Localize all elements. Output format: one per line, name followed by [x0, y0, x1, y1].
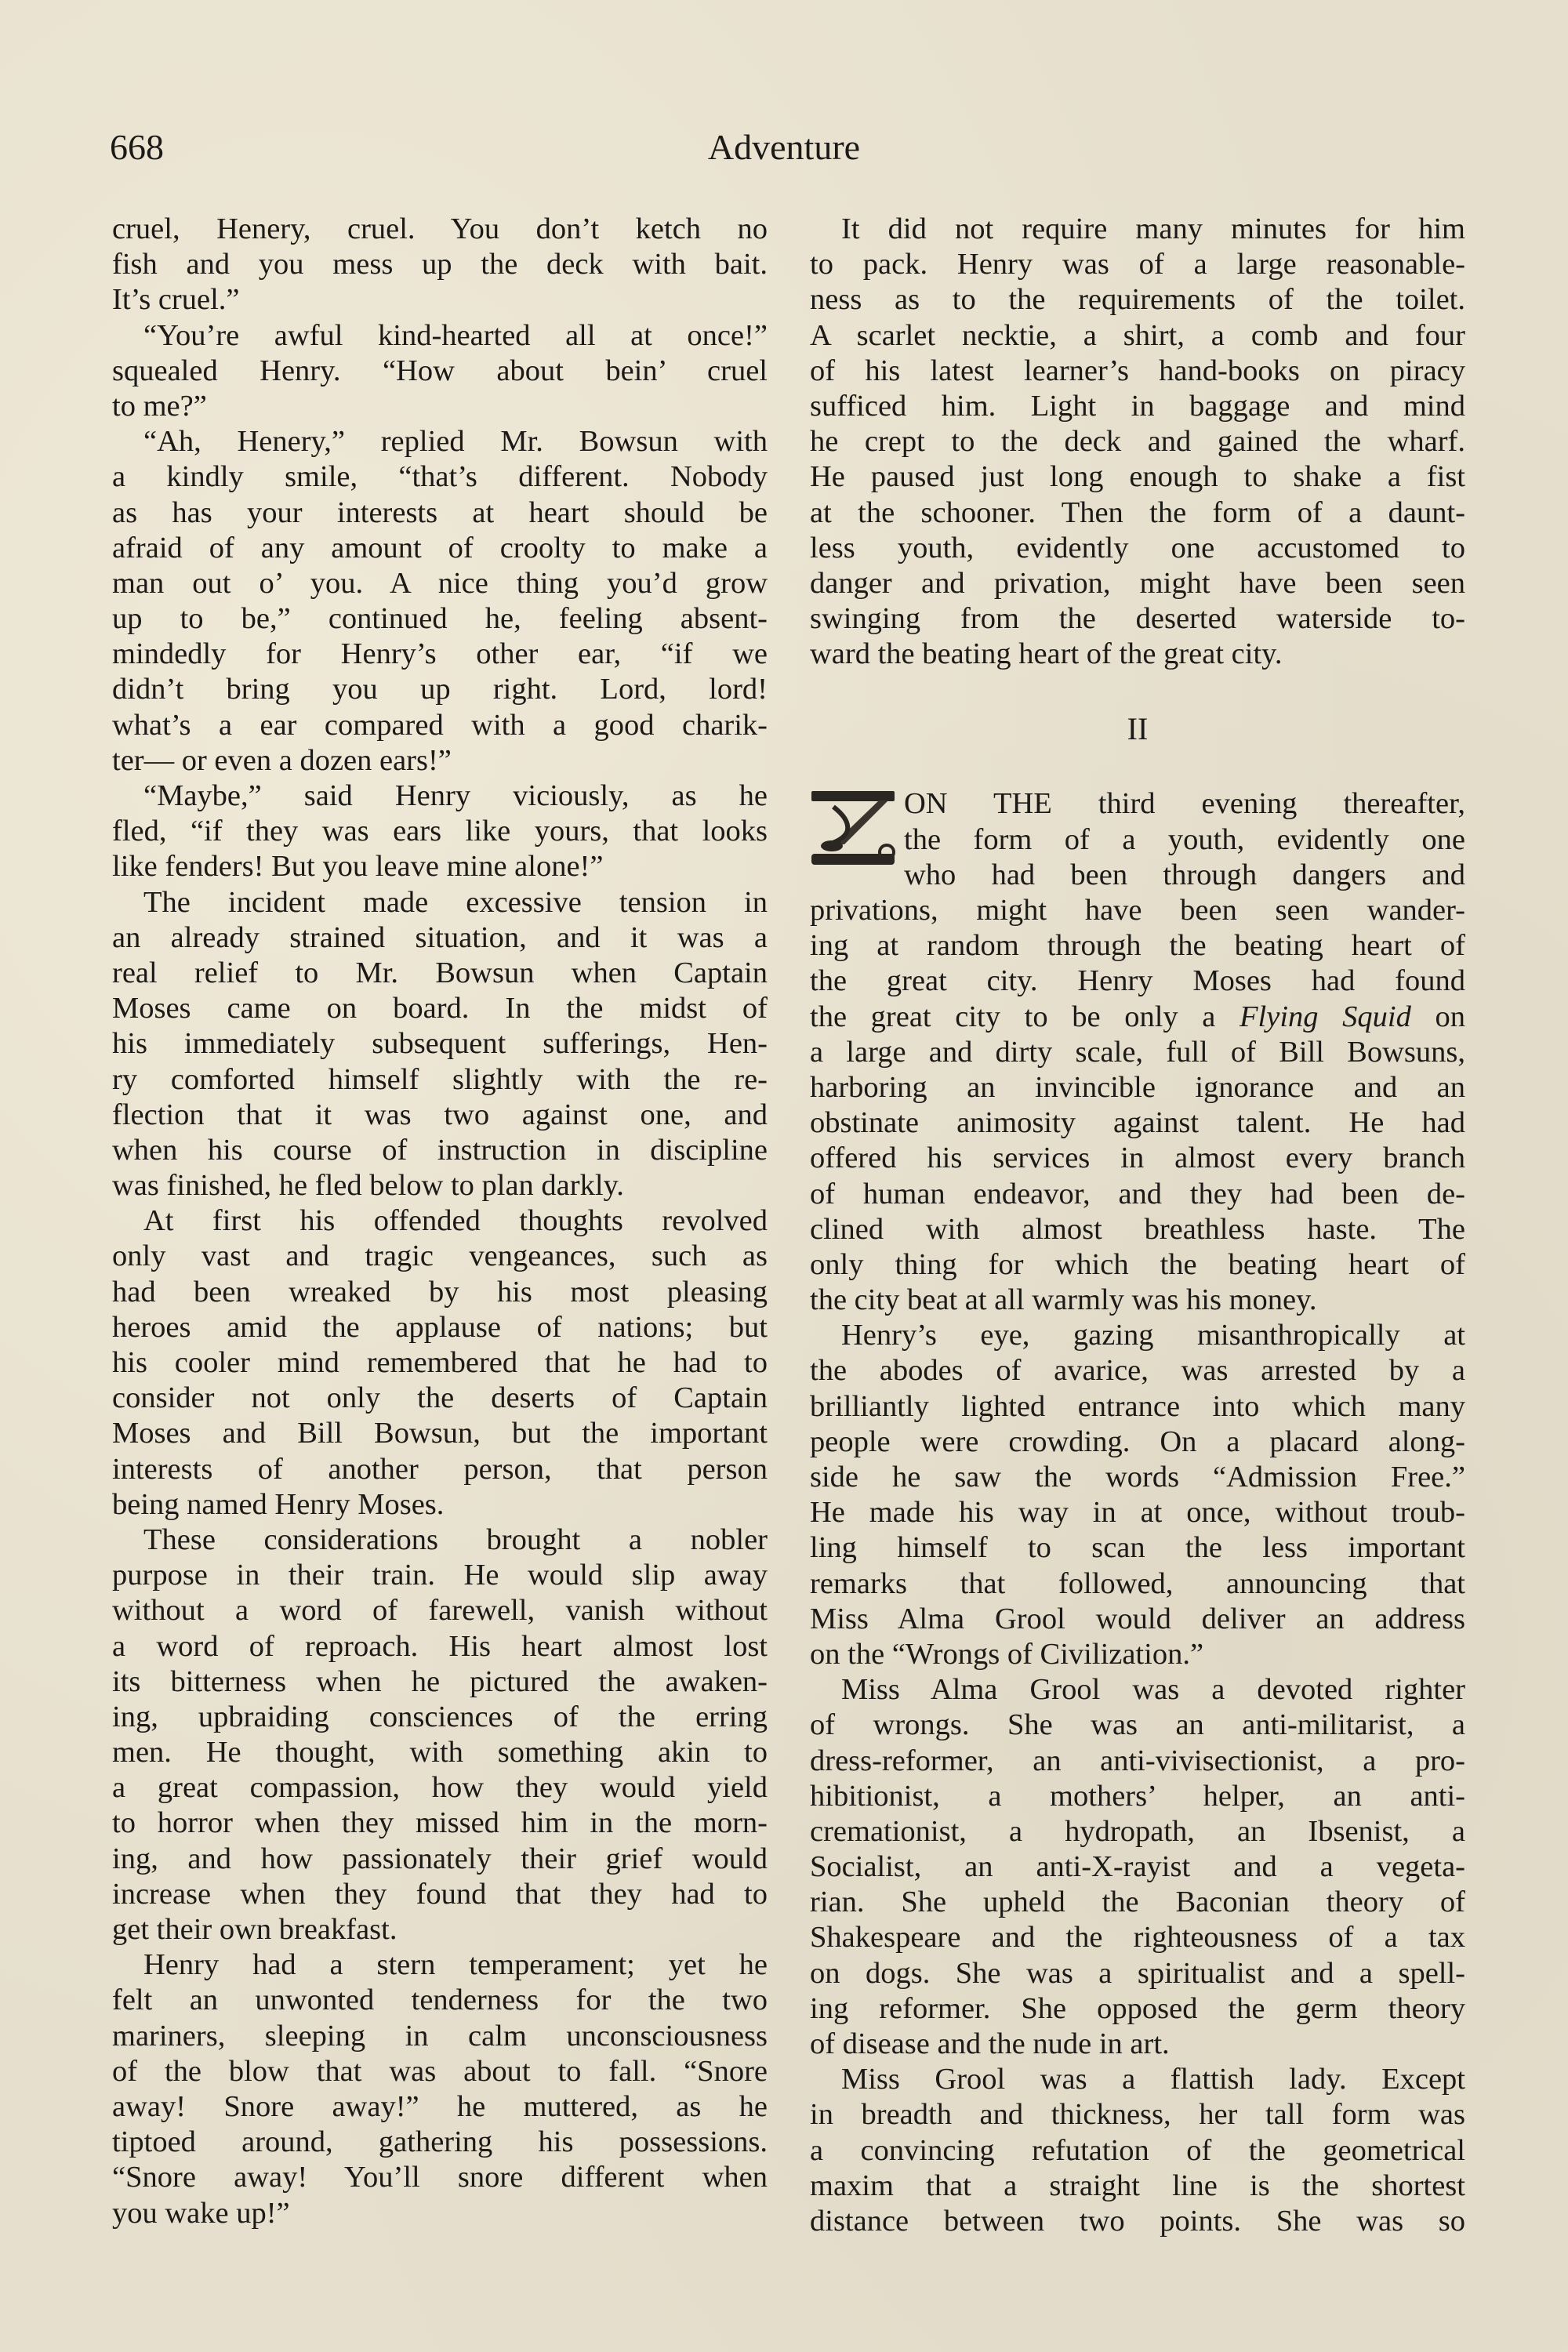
text-line: side he saw the words “Admission Free.”: [810, 1460, 1465, 1495]
text-line: Miss Alma Grool was a devoted righter: [810, 1672, 1465, 1708]
text-line: away! Snore away!” he muttered, as he: [112, 2089, 768, 2125]
text-line: like fenders! But you leave mine alone!”: [112, 849, 768, 884]
text-line: brilliantly lighted entrance into which …: [810, 1389, 1465, 1425]
text-line: the abodes of avarice, was arrested by a: [810, 1353, 1465, 1388]
text-line: people were crowding. On a placard along…: [810, 1425, 1465, 1460]
text-line: ness as to the requirements of the toile…: [810, 282, 1465, 318]
text-line: heroes amid the applause of nations; but: [112, 1310, 768, 1345]
text-line: “Maybe,” said Henry viciously, as he: [112, 779, 768, 814]
text-line: flection that it was two against one, an…: [112, 1098, 768, 1133]
text-line: the great city. Henry Moses had found: [810, 964, 1465, 999]
text-line: to horror when they missed him in the mo…: [112, 1806, 768, 1841]
text-fragment: the great city to be only a: [810, 1000, 1240, 1033]
text-line: man out o’ you. A nice thing you’d grow: [112, 566, 768, 601]
text-line: a large and dirty scale, full of Bill Bo…: [810, 1035, 1465, 1070]
text-line: less youth, evidently one accustomed to: [810, 531, 1465, 566]
text-line: Miss Grool was a flattish lady. Except: [810, 2062, 1465, 2097]
text-line: didn’t bring you up right. Lord, lord!: [112, 672, 768, 707]
text-line: of disease and the nude in art.: [810, 2027, 1465, 2062]
text-line: remarks that followed, announcing that: [810, 1566, 1465, 1602]
dropcap-paragraph: ON THE third evening thereafter, the for…: [810, 786, 1465, 893]
text-line: on dogs. She was a spiritualist and a sp…: [810, 1956, 1465, 1991]
text-line: swinging from the deserted waterside to-: [810, 601, 1465, 637]
text-line: ward the beating heart of the great city…: [810, 637, 1465, 672]
text-line: Socialist, an anti-X-rayist and a vegeta…: [810, 1849, 1465, 1885]
text-line: without a word of farewell, vanish witho…: [112, 1593, 768, 1628]
text-line: dress-reformer, an anti-vivisectionist, …: [810, 1744, 1465, 1779]
right-column: It did not require many minutes for him …: [810, 212, 1465, 2239]
text-line: who had been through dangers and: [810, 858, 1465, 893]
text-line: It did not require many minutes for him: [810, 212, 1465, 247]
text-line: tiptoed around, gathering his possession…: [112, 2125, 768, 2160]
text-line: the form of a youth, evidently one: [810, 822, 1465, 858]
text-line: purpose in their train. He would slip aw…: [112, 1558, 768, 1593]
text-fragment: on: [1411, 1000, 1465, 1033]
text-line: a great compassion, how they would yield: [112, 1770, 768, 1806]
text-line: Moses came on board. In the midst of: [112, 991, 768, 1026]
left-column: cruel, Henery, cruel. You don’t ketch no…: [112, 212, 768, 2231]
text-line: danger and privation, might have been se…: [810, 566, 1465, 601]
text-line: ON THE third evening thereafter,: [810, 786, 1465, 822]
text-line: ter— or even a dozen ears!”: [112, 743, 768, 779]
text-line: harboring an invincible ignorance and an: [810, 1070, 1465, 1105]
text-line: fish and you mess up the deck with bait.: [112, 247, 768, 282]
text-line: up to be,” continued he, feeling absent-: [112, 601, 768, 637]
text-line: These considerations brought a nobler: [112, 1523, 768, 1558]
text-line: It’s cruel.”: [112, 282, 768, 318]
text-line: consider not only the deserts of Captain: [112, 1381, 768, 1416]
text-line: at the schooner. Then the form of a daun…: [810, 495, 1465, 531]
text-line: distance between two points. She was so: [810, 2204, 1465, 2239]
text-line: increase when they found that they had t…: [112, 1877, 768, 1912]
text-line: offered his services in almost every bra…: [810, 1141, 1465, 1176]
text-line: cruel, Henery, cruel. You don’t ketch no: [112, 212, 768, 247]
text-line: afraid of any amount of croolty to make …: [112, 531, 768, 566]
text-line: get their own breakfast.: [112, 1912, 768, 1947]
text-line: cremationist, a hydropath, an Ibsenist, …: [810, 1814, 1465, 1849]
section-heading: II: [810, 694, 1465, 764]
text-line: of human endeavor, and they had been de-: [810, 1177, 1465, 1212]
text-line: of his latest learner’s hand-books on pi…: [810, 354, 1465, 389]
text-line: only vast and tragic vengeances, such as: [112, 1239, 768, 1274]
text-line: mariners, sleeping in calm unconsciousne…: [112, 2019, 768, 2054]
text-line: privations, might have been seen wander-: [810, 893, 1465, 928]
text-line: maxim that a straight line is the shorte…: [810, 2169, 1465, 2204]
text-line: he crept to the deck and gained the whar…: [810, 424, 1465, 459]
text-line: only thing for which the beating heart o…: [810, 1247, 1465, 1283]
text-line: ling himself to scan the less important: [810, 1530, 1465, 1566]
text-line: his cooler mind remembered that he had t…: [112, 1345, 768, 1381]
text-line: its bitterness when he pictured the awak…: [112, 1664, 768, 1700]
text-line: when his course of instruction in discip…: [112, 1133, 768, 1168]
text-line: ing at random through the beating heart …: [810, 928, 1465, 964]
text-line: was finished, he fled below to plan dark…: [112, 1168, 768, 1203]
text-line: in breadth and thickness, her tall form …: [810, 2097, 1465, 2132]
text-line: clined with almost breathless haste. The: [810, 1212, 1465, 1247]
text-line: “Ah, Henery,” replied Mr. Bowsun with: [112, 424, 768, 459]
text-line: Henry had a stern temperament; yet he: [112, 1947, 768, 1983]
text-line: a kindly smile, “that’s different. Nobod…: [112, 459, 768, 495]
text-line: you wake up!”: [112, 2196, 768, 2231]
text-line: of wrongs. She was an anti-militarist, a: [810, 1708, 1465, 1743]
text-line: At first his offended thoughts revolved: [112, 1203, 768, 1239]
text-line: The incident made excessive tension in: [112, 885, 768, 920]
text-line: of the blow that was about to fall. “Sno…: [112, 2054, 768, 2089]
text-line: interests of another person, that person: [112, 1452, 768, 1487]
text-line: men. He thought, with something akin to: [112, 1735, 768, 1770]
text-line: mindedly for Henry’s other ear, “if we: [112, 637, 768, 672]
text-line: ry comforted himself slightly with the r…: [112, 1062, 768, 1098]
text-line: his immediately subsequent sufferings, H…: [112, 1026, 768, 1062]
text-line: Moses and Bill Bowsun, but the important: [112, 1416, 768, 1451]
text-line: had been wreaked by his most pleasing: [112, 1275, 768, 1310]
text-line: being named Henry Moses.: [112, 1487, 768, 1523]
text-line: a convincing refutation of the geometric…: [810, 2133, 1465, 2169]
text-line: “Snore away! You’ll snore different when: [112, 2160, 768, 2195]
text-line: He made his way in at once, without trou…: [810, 1495, 1465, 1530]
text-line-with-italic: the great city to be only a Flying Squid…: [810, 1000, 1465, 1035]
text-line: on the “Wrongs of Civilization.”: [810, 1637, 1465, 1672]
running-title: Adventure: [0, 125, 1568, 169]
text-line: Miss Alma Grool would deliver an address: [810, 1602, 1465, 1637]
text-line: what’s a ear compared with a good charik…: [112, 708, 768, 743]
text-line: A scarlet necktie, a shirt, a comb and f…: [810, 318, 1465, 354]
text-line: Henry’s eye, gazing misanthropically at: [810, 1318, 1465, 1353]
text-line: felt an unwonted tenderness for the two: [112, 1983, 768, 2018]
text-line: “You’re awful kind-hearted all at once!”: [112, 318, 768, 354]
text-line: fled, “if they was ears like yours, that…: [112, 814, 768, 849]
text-line: an already strained situation, and it wa…: [112, 920, 768, 956]
text-line: a word of reproach. His heart almost los…: [112, 1629, 768, 1664]
text-line: squealed Henry. “How about bein’ cruel: [112, 354, 768, 389]
text-line: He paused just long enough to shake a fi…: [810, 459, 1465, 495]
ship-name-italic: Flying Squid: [1240, 1000, 1411, 1033]
text-line: Shakespeare and the righteousness of a t…: [810, 1920, 1465, 1955]
text-line: to me?”: [112, 389, 768, 424]
text-line: obstinate animosity against talent. He h…: [810, 1105, 1465, 1141]
text-line: hibitionist, a mothers’ helper, an anti-: [810, 1779, 1465, 1814]
text-line: the city beat at all warmly was his mone…: [810, 1283, 1465, 1318]
text-line: ing, and how passionately their grief wo…: [112, 1842, 768, 1877]
text-line: ing, upbraiding consciences of the errin…: [112, 1700, 768, 1735]
text-line: sufficed him. Light in baggage and mind: [810, 389, 1465, 424]
text-line: to pack. Henry was of a large reasonable…: [810, 247, 1465, 282]
text-line: rian. She upheld the Baconian theory of: [810, 1885, 1465, 1920]
text-line: as has your interests at heart should be: [112, 495, 768, 531]
text-line: ing reformer. She opposed the germ theor…: [810, 1991, 1465, 2027]
text-line: real relief to Mr. Bowsun when Captain: [112, 956, 768, 991]
dropcap-z-icon: [810, 789, 898, 868]
